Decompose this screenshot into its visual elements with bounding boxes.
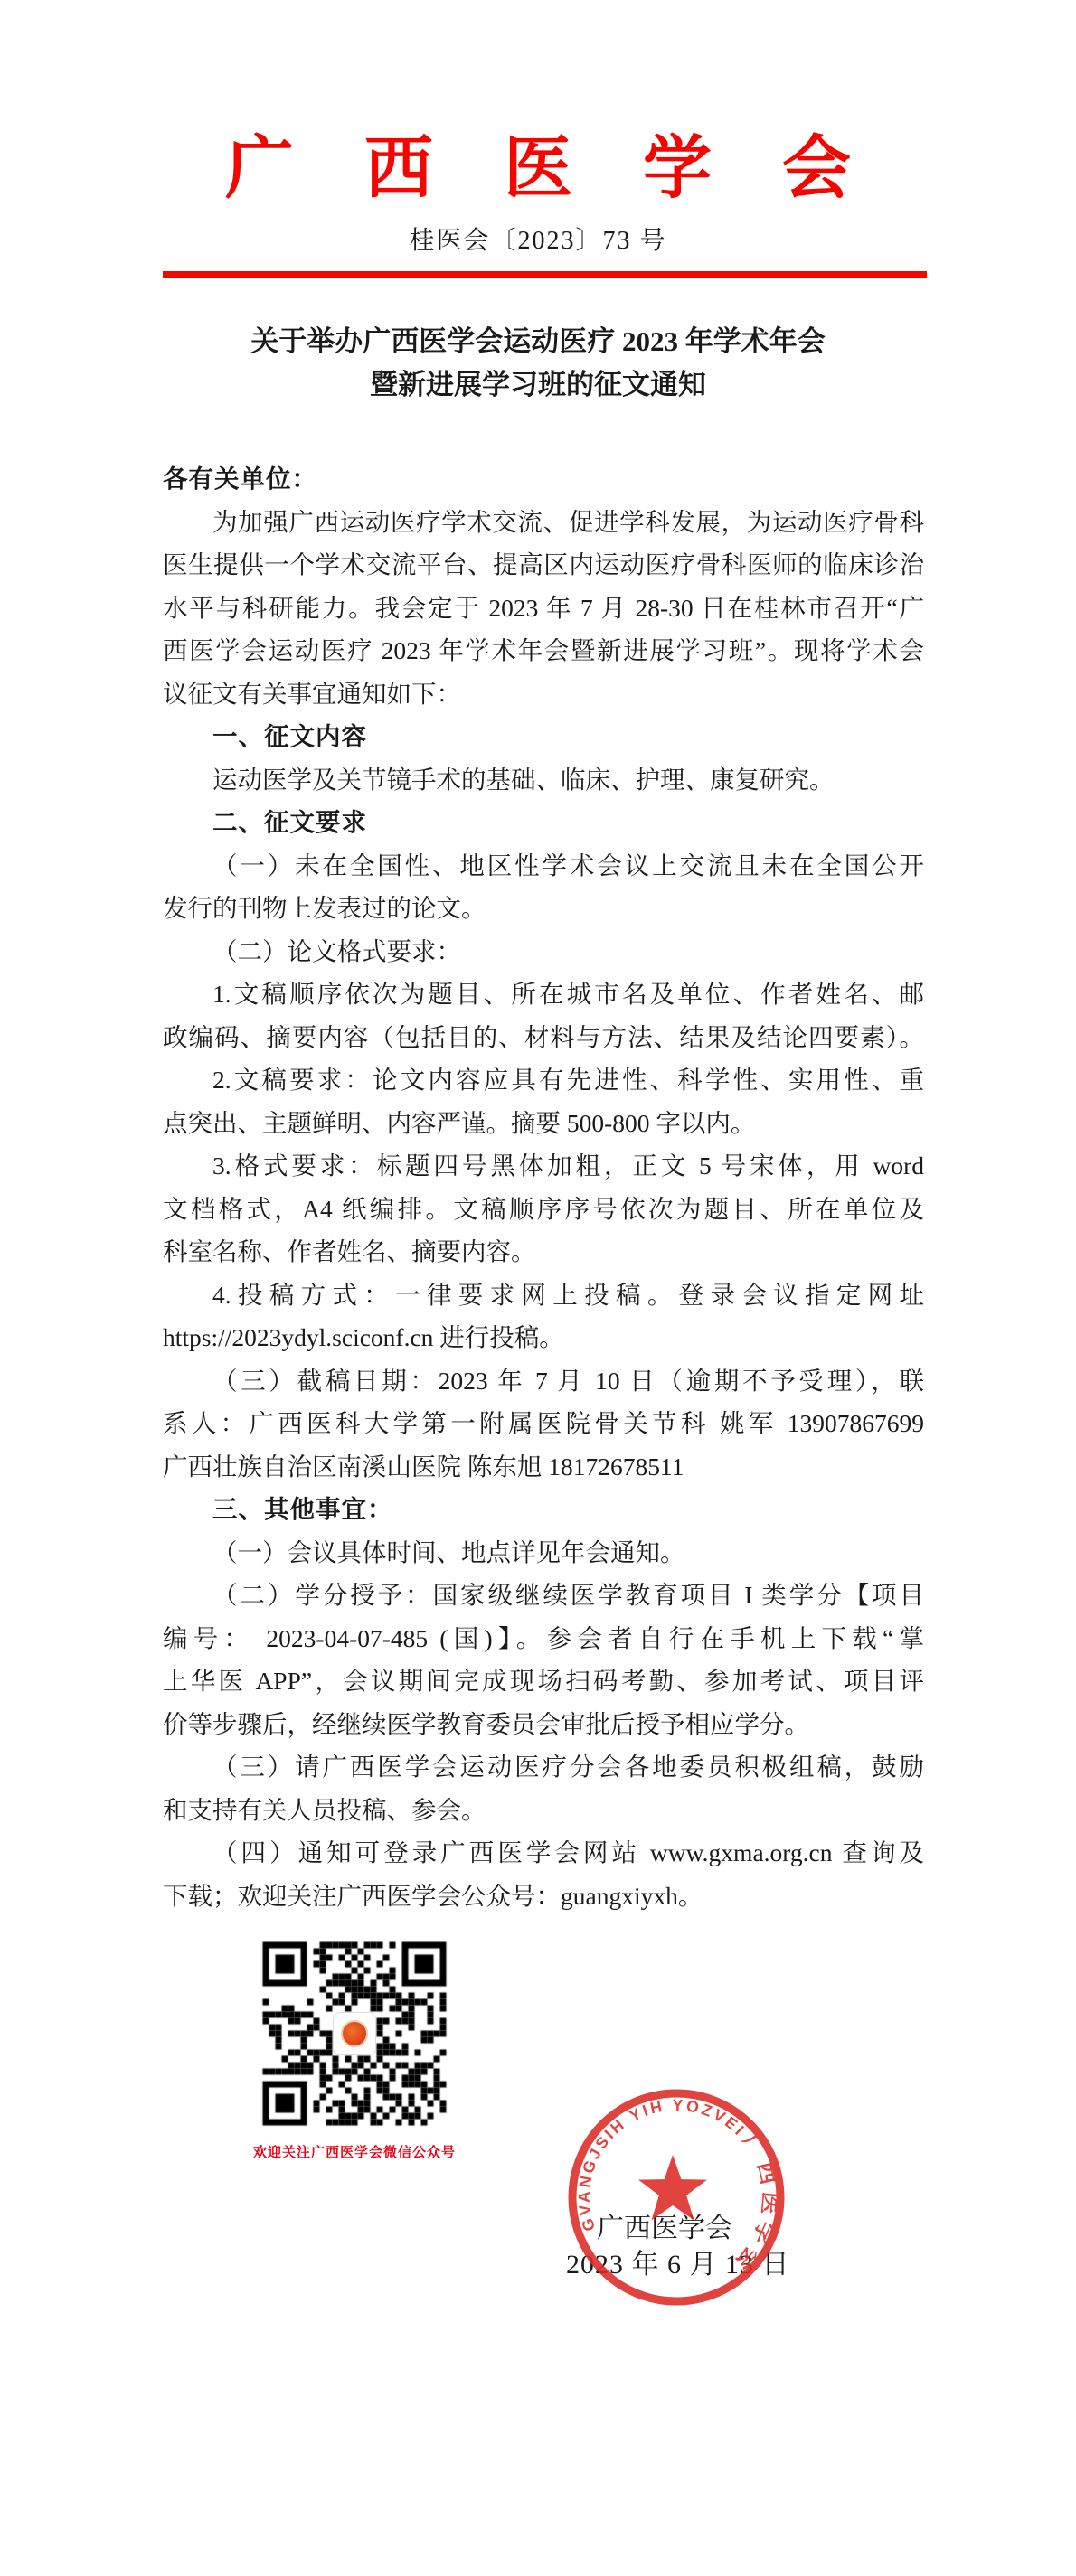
body-line: 科室名称、作者姓名、摘要内容。 [163,1230,924,1274]
body-line: 一、征文内容 [163,715,924,758]
body-line: 1.文稿顺序依次为题目、所在城市名及单位、作者姓名、邮 [163,973,924,1016]
notice-title: 关于举办广西医学会运动医疗 2023 年学术年会 暨新进展学习班的征文通知 [0,320,1076,407]
body-line: 广西壮族自治区南溪山医院 陈东旭 18172678511 [163,1445,924,1489]
official-seal: GVANGJSIH YIH YOZVEI 广西医学会 [561,2082,796,2317]
body-line: 下载；欢迎关注广西医学会公众号：guangxiyxh。 [163,1875,924,1918]
body-line: https://2023ydyl.sciconf.cn 进行投稿。 [163,1316,924,1359]
body-line: 编号： 2023-04-07-485 (国)】。参会者自行在手机上下载“掌 [163,1617,924,1660]
body-line: 上华医 APP”，会议期间完成现场扫码考勤、参加考试、项目评 [163,1659,924,1703]
body-line: 各有关单位： [163,457,924,501]
notice-title-line2: 暨新进展学习班的征文通知 [0,363,1076,407]
red-star-icon [638,2155,707,2220]
body-line: 发行的刊物上发表过的论文。 [163,887,924,930]
body-line: 和支持有关人员投稿、参会。 [163,1789,924,1832]
wechat-qr-code [260,1939,449,2129]
body-line: 点突出、主题鲜明、内容严谨。摘要 500-800 字以内。 [163,1102,924,1145]
body-line: （二）学分授予：国家级继续医学教育项目 I 类学分【项目 [163,1574,924,1617]
body-line: 三、其他事宜： [163,1488,924,1531]
notice-body: 各有关单位：为加强广西运动医疗学术交流、促进学科发展，为运动医疗骨科医生提供一个… [163,457,924,1917]
body-line: 医生提供一个学术交流平台、提高区内运动医疗骨科医师的临床诊治 [163,543,924,587]
body-line: 水平与科研能力。我会定于 2023 年 7 月 28-30 日在桂林市召开“广 [163,587,924,630]
body-line: （二）论文格式要求： [163,930,924,973]
body-line: 为加强广西运动医疗学术交流、促进学科发展，为运动医疗骨科 [163,501,924,544]
body-line: 西医学会运动医疗 2023 年学术年会暨新进展学习班”。现将学术会 [163,629,924,672]
body-line: 文档格式，A4 纸编排。文稿顺序序号依次为题目、所在单位及 [163,1188,924,1231]
seal-arc-cjk: 广西医学会 [727,2129,784,2280]
body-line: （一）未在全国性、地区性学术会议上交流且未在全国公开 [163,844,924,888]
body-line: 价等步骤后，经继续医学教育委员会审批后授予相应学分。 [163,1703,924,1746]
notice-document-page: 广西医学会 桂医会〔2023〕73 号 关于举办广西医学会运动医疗 2023 年… [0,0,1076,2576]
body-line: （三）截稿日期：2023 年 7 月 10 日（逾期不予受理），联 [163,1359,924,1403]
letterhead-divider-rule [163,271,927,278]
body-line: 政编码、摘要内容（包括目的、材料与方法、结果及结论四要素）。 [163,1016,924,1059]
qr-caption: 欢迎关注广西医学会微信公众号 [214,2144,495,2162]
body-line: （三）请广西医学会运动医疗分会各地委员积极组稿，鼓励 [163,1745,924,1789]
body-line: 4.投稿方式：一律要求网上投稿。登录会议指定网址 [163,1274,924,1317]
body-line: 3.格式要求：标题四号黑体加粗，正文 5 号宋体，用 word [163,1144,924,1188]
body-line: 议征文有关事宜通知如下： [163,672,924,716]
body-line: 2.文稿要求：论文内容应具有先进性、科学性、实用性、重 [163,1058,924,1102]
body-line: 二、征文要求 [163,801,924,844]
notice-title-line1: 关于举办广西医学会运动医疗 2023 年学术年会 [0,320,1076,363]
letterhead-org-title: 广西医学会 [0,132,1076,206]
qr-center-logo [333,2012,376,2055]
body-line: 系人：广西医科大学第一附属医院骨关节科 姚军 13907867699 [163,1402,924,1445]
body-line: （一）会议具体时间、地点详见年会通知。 [163,1531,924,1575]
document-number: 桂医会〔2023〕73 号 [0,226,1076,257]
body-line: （四）通知可登录广西医学会网站 www.gxma.org.cn 查询及 [163,1831,924,1875]
gxma-emblem-icon [341,2020,368,2047]
body-line: 运动医学及关节镜手术的基础、临床、护理、康复研究。 [163,758,924,802]
